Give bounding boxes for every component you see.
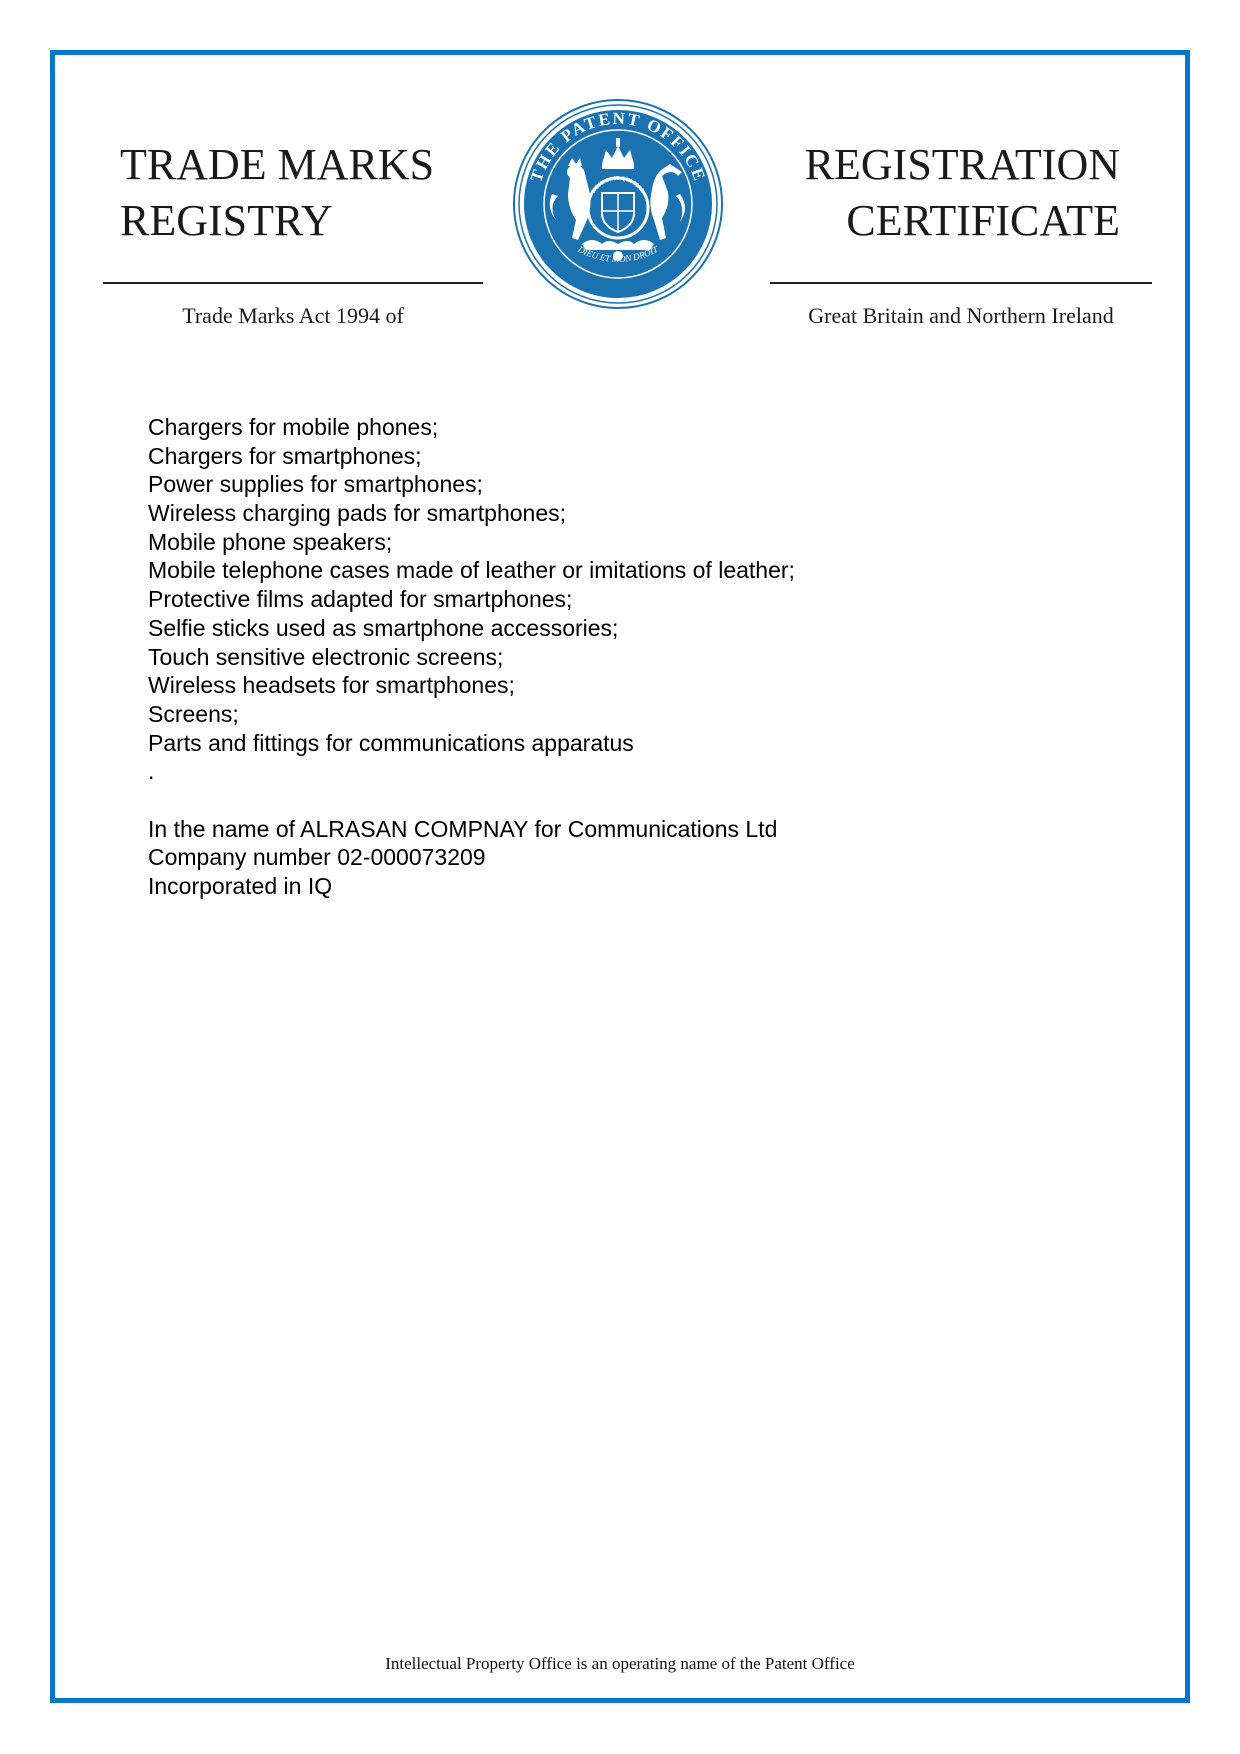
goods-item: Chargers for smartphones; [148, 442, 795, 471]
company-number: Company number 02-000073209 [148, 843, 795, 872]
registration-certificate-title: REGISTRATION CERTIFICATE [700, 137, 1120, 249]
goods-and-owner-text: Chargers for mobile phones; Chargers for… [148, 413, 795, 901]
title-left-line-1: TRADE MARKS [120, 137, 434, 193]
goods-terminator: . [148, 757, 795, 786]
goods-item: Wireless headsets for smartphones; [148, 671, 795, 700]
goods-item: Selfie sticks used as smartphone accesso… [148, 614, 795, 643]
goods-item: Chargers for mobile phones; [148, 413, 795, 442]
goods-item: Wireless charging pads for smartphones; [148, 499, 795, 528]
divider-left [103, 282, 483, 284]
goods-item: Mobile telephone cases made of leather o… [148, 556, 795, 585]
jurisdiction-subtitle: Great Britain and Northern Ireland [770, 302, 1152, 330]
title-left-line-2: REGISTRY [120, 193, 434, 249]
goods-item: Parts and fittings for communications ap… [148, 729, 795, 758]
title-right-line-1: REGISTRATION [700, 137, 1120, 193]
goods-item: Screens; [148, 700, 795, 729]
goods-item: Mobile phone speakers; [148, 528, 795, 557]
blank-line [148, 786, 795, 815]
act-subtitle: Trade Marks Act 1994 of [103, 302, 483, 330]
incorporation: Incorporated in IQ [148, 872, 795, 901]
owner-name: In the name of ALRASAN COMPNAY for Commu… [148, 815, 795, 844]
goods-item: Touch sensitive electronic screens; [148, 643, 795, 672]
title-right-line-2: CERTIFICATE [700, 193, 1120, 249]
goods-item: Protective films adapted for smartphones… [148, 585, 795, 614]
goods-item: Power supplies for smartphones; [148, 470, 795, 499]
trade-marks-registry-title: TRADE MARKS REGISTRY [120, 137, 434, 249]
footer-note: Intellectual Property Office is an opera… [0, 1652, 1240, 1676]
divider-right [770, 282, 1152, 284]
royal-coat-of-arms-seal-icon: THE PATENT OFFICE HONI SOIT QUI MAL DIEU… [512, 98, 724, 310]
